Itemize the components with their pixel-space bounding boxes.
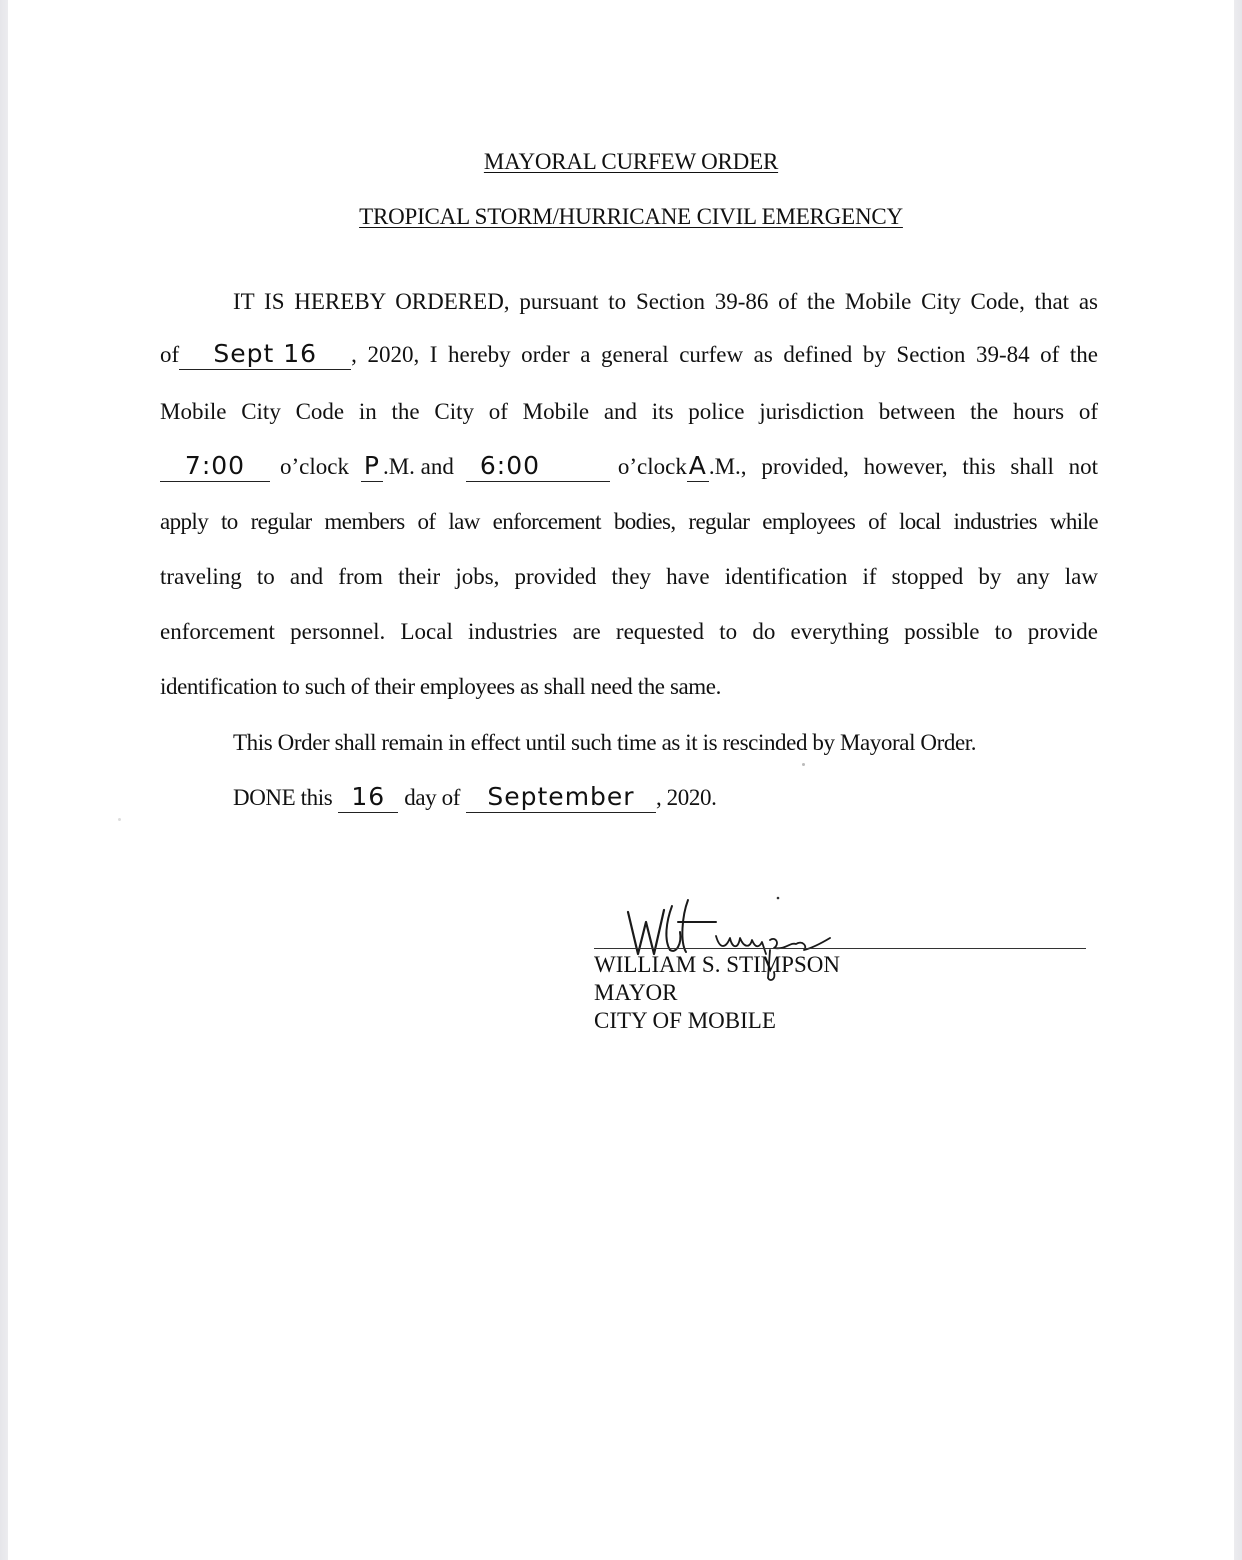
done-day-handwritten: 16 bbox=[351, 782, 385, 811]
signer-organization: CITY OF MOBILE bbox=[594, 1007, 840, 1035]
page-edge-right bbox=[1234, 0, 1242, 1560]
end-time-handwritten: 6:00 bbox=[480, 451, 540, 480]
document-subtitle: TROPICAL STORM/HURRICANE CIVIL EMERGENCY bbox=[0, 204, 1242, 230]
paragraph2-text: This Order shall remain in effect until … bbox=[233, 730, 976, 755]
signature-block: WILLIAM S. STIMPSON MAYOR CITY OF MOBILE bbox=[594, 951, 840, 1035]
oclock-label-2: o’clock bbox=[618, 452, 687, 482]
paragraph1-line6-text: traveling to and from their jobs, provid… bbox=[160, 562, 1098, 592]
signature-line bbox=[594, 948, 1086, 949]
document-title: MAYORAL CURFEW ORDER bbox=[0, 149, 1242, 175]
paragraph1-line1: IT IS HEREBY ORDERED, pursuant to Sectio… bbox=[233, 287, 1098, 317]
of-label: of bbox=[160, 340, 179, 370]
paragraph2: This Order shall remain in effect until … bbox=[233, 728, 1171, 758]
end-time-field: 6:00 bbox=[466, 453, 610, 482]
paragraph1-line7-text: enforcement personnel. Local industries … bbox=[160, 617, 1098, 647]
oclock-label-1: o’clock bbox=[280, 452, 349, 482]
paragraph1-line4: 7:00 o’clock P .M. and 6:00 o’clock A .M… bbox=[160, 452, 1098, 482]
paragraph1-line5: apply to regular members of law enforcem… bbox=[160, 507, 1098, 537]
start-time-handwritten: 7:00 bbox=[185, 451, 245, 480]
scan-speck bbox=[118, 818, 121, 821]
paragraph1-line6: traveling to and from their jobs, provid… bbox=[160, 562, 1098, 592]
scan-speck bbox=[802, 763, 805, 766]
paragraph1-line7: enforcement personnel. Local industries … bbox=[160, 617, 1098, 647]
start-time-field: 7:00 bbox=[160, 453, 270, 482]
signer-role: MAYOR bbox=[594, 979, 840, 1007]
paragraph1-line8-text: identification to such of their employee… bbox=[160, 674, 721, 699]
done-prefix: DONE this bbox=[233, 783, 332, 813]
effective-date-handwritten: Sept 16 bbox=[213, 339, 317, 368]
done-middle: day of bbox=[404, 783, 460, 813]
page-edge-left bbox=[0, 0, 8, 1560]
effective-date-field: Sept 16 bbox=[179, 341, 351, 370]
paragraph1-line3: Mobile City Code in the City of Mobile a… bbox=[160, 397, 1098, 427]
end-meridiem-handwritten: A bbox=[689, 451, 707, 480]
start-meridiem-field: P bbox=[361, 453, 383, 482]
paragraph1-line5-text: apply to regular members of law enforcem… bbox=[160, 507, 1098, 537]
paragraph1-line8: identification to such of their employee… bbox=[160, 672, 1098, 702]
signer-name: WILLIAM S. STIMPSON bbox=[594, 951, 840, 979]
paragraph1-line3-text: Mobile City Code in the City of Mobile a… bbox=[160, 397, 1098, 427]
paragraph1-line2: of Sept 16 , 2020, I hereby order a gene… bbox=[160, 340, 1098, 370]
done-suffix: , 2020. bbox=[656, 783, 716, 813]
paragraph1-line4-text: .M., provided, however, this shall not bbox=[709, 452, 1098, 482]
paragraph1-line2-text: , 2020, I hereby order a general curfew … bbox=[351, 340, 1098, 370]
done-line: DONE this 16 day of September , 2020. bbox=[233, 783, 1171, 813]
done-month-field: September bbox=[466, 784, 656, 813]
paragraph1-line1-text: IT IS HEREBY ORDERED, pursuant to Sectio… bbox=[233, 287, 1098, 317]
done-month-handwritten: September bbox=[487, 782, 634, 811]
document-title-text: MAYORAL CURFEW ORDER bbox=[484, 149, 778, 174]
document-subtitle-text: TROPICAL STORM/HURRICANE CIVIL EMERGENCY bbox=[359, 204, 903, 229]
pm-and-label: .M. and bbox=[383, 452, 454, 482]
end-meridiem-field: A bbox=[687, 453, 709, 482]
start-meridiem-handwritten: P bbox=[364, 451, 380, 480]
done-day-field: 16 bbox=[338, 784, 398, 813]
